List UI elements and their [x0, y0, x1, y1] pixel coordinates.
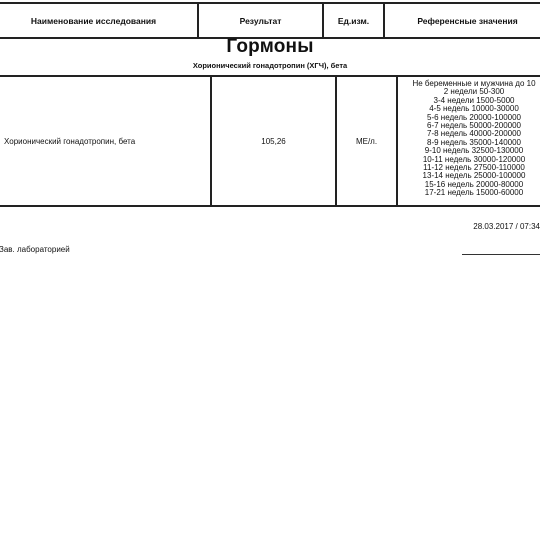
test-unit: МЕ/л.	[336, 76, 397, 206]
column-header-name: Наименование исследования	[0, 3, 198, 38]
signature-line	[462, 254, 540, 255]
column-header-unit: Ед.изм.	[323, 3, 384, 38]
test-result: 105,26	[211, 76, 336, 206]
results-table-header: Наименование исследования Результат Ед.и…	[0, 2, 540, 39]
reference-line: 17-21 недель 15000-60000	[399, 189, 540, 197]
report-datetime: 28.03.2017 / 07:34	[473, 222, 540, 231]
test-name: Хорионический гонадотропин, бета	[0, 76, 211, 206]
column-header-result: Результат	[198, 3, 323, 38]
column-header-reference: Референсные значения	[384, 3, 540, 38]
head-of-lab-label: Зав. лабораторией	[0, 245, 70, 254]
table-row: Хорионический гонадотропин, бета 105,26 …	[0, 76, 540, 206]
section-subtitle: Хорионический гонадотропин (ХГЧ), бета	[0, 61, 540, 70]
section-title: Гормоны	[0, 36, 540, 58]
test-reference-values: Не беременные и мужчина до 102 недели 50…	[397, 76, 540, 206]
results-table: Хорионический гонадотропин, бета 105,26 …	[0, 75, 540, 207]
